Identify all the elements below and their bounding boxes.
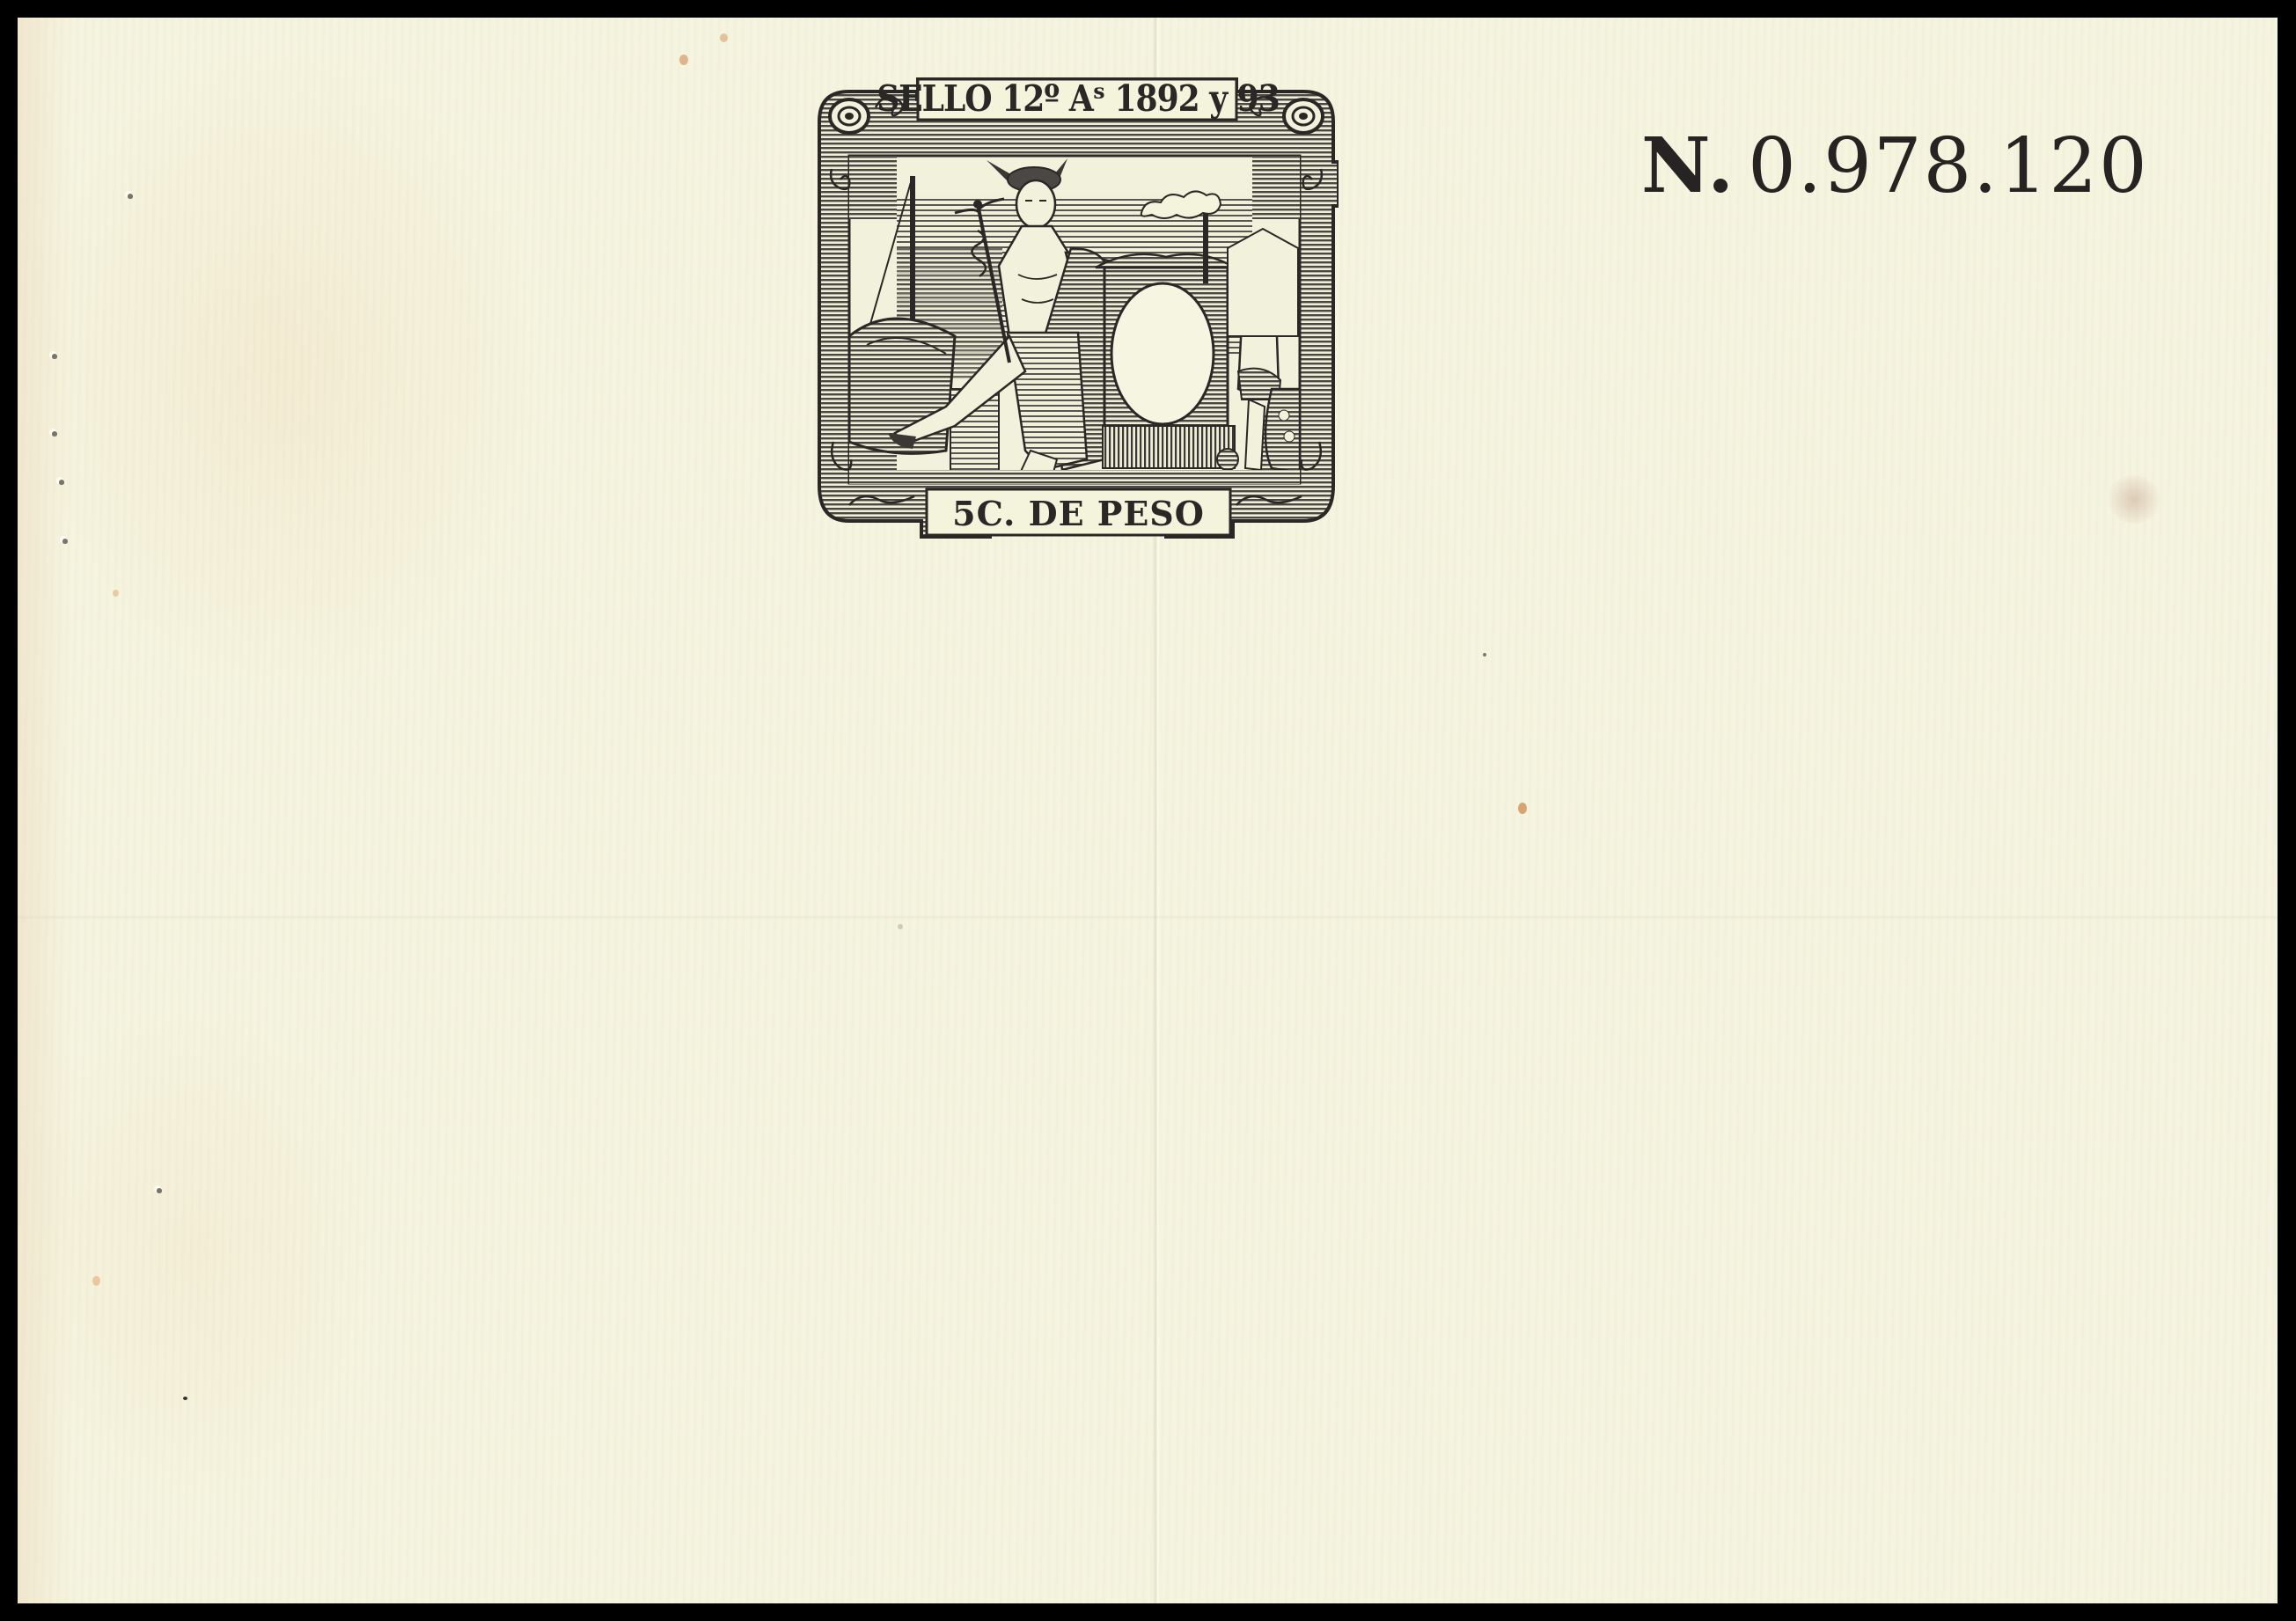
foxing-speck xyxy=(1518,803,1527,814)
pin-hole xyxy=(157,1188,162,1193)
foxing-speck xyxy=(92,1276,100,1286)
pin-hole xyxy=(128,194,133,199)
pin-hole xyxy=(59,480,64,485)
stamp-denomination-label: 5C. DE PESO xyxy=(931,493,1226,533)
stamp-engraving xyxy=(814,72,1339,539)
pin-hole xyxy=(52,431,57,436)
foxing-speck xyxy=(679,55,688,65)
oval-cartouche-icon xyxy=(1096,254,1235,468)
foxing-speck xyxy=(113,590,119,597)
foxing-speck xyxy=(720,33,728,42)
foxing-speck xyxy=(1483,653,1486,656)
revenue-stamp: SELLO 12º Aˢ 1892 y 93 5C. DE PESO xyxy=(814,72,1339,539)
serial-prefix: N. xyxy=(1641,121,1735,210)
serial-value: 0.978.120 xyxy=(1748,122,2149,210)
pin-hole xyxy=(52,354,57,359)
serial-number: N.0.978.120 xyxy=(1641,121,2149,210)
horizontal-fold-crease xyxy=(18,915,2278,920)
stamp-series-label: SELLO 12º Aˢ 1892 y 93 xyxy=(921,77,1235,121)
foxing-speck xyxy=(898,924,903,929)
pin-hole xyxy=(62,539,68,544)
foxing-speck xyxy=(183,1397,187,1400)
stain-mark xyxy=(2108,475,2160,524)
